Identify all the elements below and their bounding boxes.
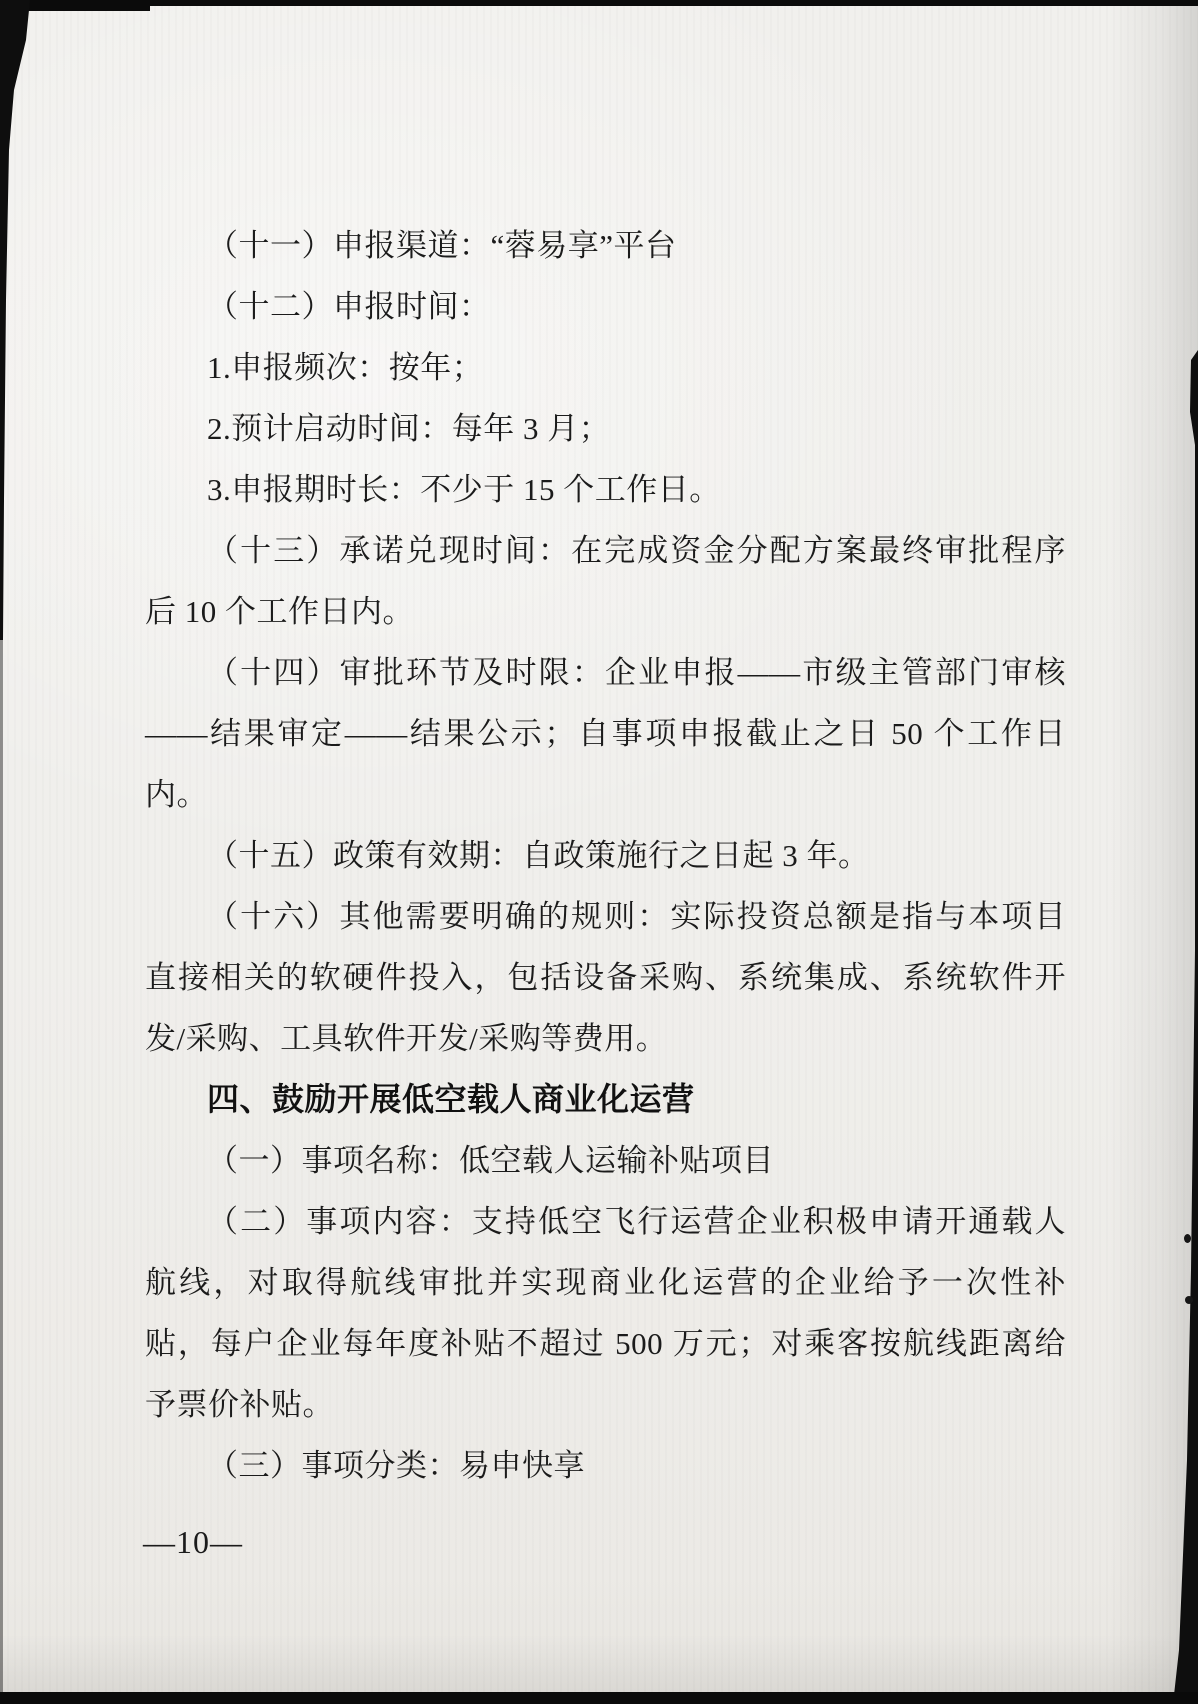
- text-line: （十六）其他需要明确的规则：实际投资总额是指与本项目: [145, 886, 1066, 947]
- document-body: （十一）申报渠道：“蓉易享”平台（十二）申报时间：1.申报频次：按年；2.预计启…: [145, 215, 1066, 1496]
- scanned-document-page: { "page": { "paper_color": "#f0efec", "e…: [0, 0, 1198, 1704]
- scan-speck: [1184, 1234, 1191, 1243]
- text-line: 航线，对取得航线审批并实现商业化运营的企业给予一次性补: [145, 1252, 1066, 1313]
- section-heading: 四、鼓励开展低空载人商业化运营: [145, 1069, 1066, 1130]
- text-line: （十三）承诺兑现时间：在完成资金分配方案最终审批程序: [145, 520, 1066, 581]
- text-line: 发/采购、工具软件开发/采购等费用。: [145, 1008, 1066, 1069]
- scan-edge-bottom: [0, 1692, 1198, 1704]
- scan-edge-top: [0, 0, 1198, 6]
- page-number: —10—: [143, 1524, 243, 1561]
- text-line: 1.申报频次：按年；: [145, 337, 1066, 398]
- paper-shadow-right: [1108, 0, 1198, 1704]
- text-line: 内。: [145, 764, 1066, 825]
- text-line: 直接相关的软硬件投入，包括设备采购、系统集成、系统软件开: [145, 947, 1066, 1008]
- scan-speck: [1185, 1296, 1193, 1304]
- text-line: （十五）政策有效期：自政策施行之日起 3 年。: [145, 825, 1066, 886]
- text-line: （十二）申报时间：: [145, 276, 1066, 337]
- text-line: ——结果审定——结果公示；自事项申报截止之日 50 个工作日: [145, 703, 1066, 764]
- text-line: 3.申报期时长：不少于 15 个工作日。: [145, 459, 1066, 520]
- text-line: （十一）申报渠道：“蓉易享”平台: [145, 215, 1066, 276]
- text-line: 予票价补贴。: [145, 1374, 1066, 1435]
- text-line: （二）事项内容：支持低空飞行运营企业积极申请开通载人: [145, 1191, 1066, 1252]
- text-line: （一）事项名称：低空载人运输补贴项目: [145, 1130, 1066, 1191]
- text-line: 贴，每户企业每年度补贴不超过 500 万元；对乘客按航线距离给: [145, 1313, 1066, 1374]
- text-line: 2.预计启动时间：每年 3 月；: [145, 398, 1066, 459]
- text-line: （三）事项分类：易申快享: [145, 1435, 1066, 1496]
- text-line: 后 10 个工作日内。: [145, 581, 1066, 642]
- text-line: （十四）审批环节及时限：企业申报——市级主管部门审核: [145, 642, 1066, 703]
